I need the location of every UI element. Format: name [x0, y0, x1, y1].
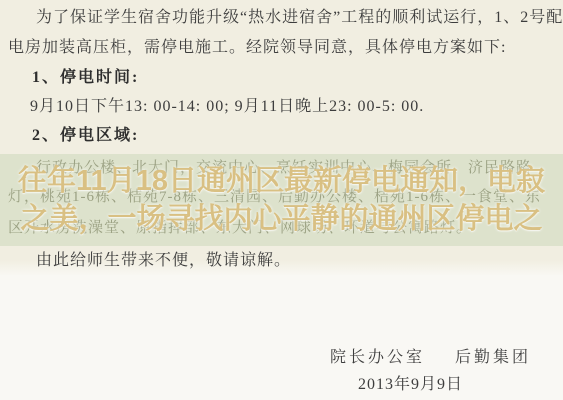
outage-time-heading: 1、停电时间:: [32, 68, 139, 88]
watermark-banner: 行政办公楼、北大门，交流中心、烹饪实训中心、梅园会所、济民路路 灯，桃苑1-6栋…: [0, 154, 563, 246]
power-outage-notice-document: 为了保证学生宿舍功能升级“热水进宿舍”工程的顺利试运行，1、2号配 电房加装高压…: [0, 0, 563, 400]
apology-line: 由此给师生带来不便，敬请谅解。: [36, 251, 291, 271]
notice-date: 2013年9月9日: [358, 371, 463, 394]
signature-group: 后勤集团: [455, 344, 531, 367]
outage-time-value: 9月10日下午13: 00-14: 00; 9月11日晚上23: 00-5: 0…: [30, 97, 424, 117]
watermark-title-line-2: 之美，一场寻找内心平静的通州区停电之: [0, 196, 563, 237]
signature-office: 院长办公室: [330, 344, 425, 367]
notice-paragraph-line-2: 电房加装高压柜，需停电施工。经院领导同意，具体停电方案如下:: [8, 38, 506, 58]
outage-region-heading: 2、停电区域:: [32, 126, 139, 146]
signature-row: 院长办公室 后勤集团: [330, 344, 531, 367]
watermark-title-line-1: 往年11月18日通州区最新停电通知，电寂: [0, 158, 563, 199]
notice-paragraph-line-1: 为了保证学生宿舍功能升级“热水进宿舍”工程的顺利试运行，1、2号配: [36, 8, 563, 28]
